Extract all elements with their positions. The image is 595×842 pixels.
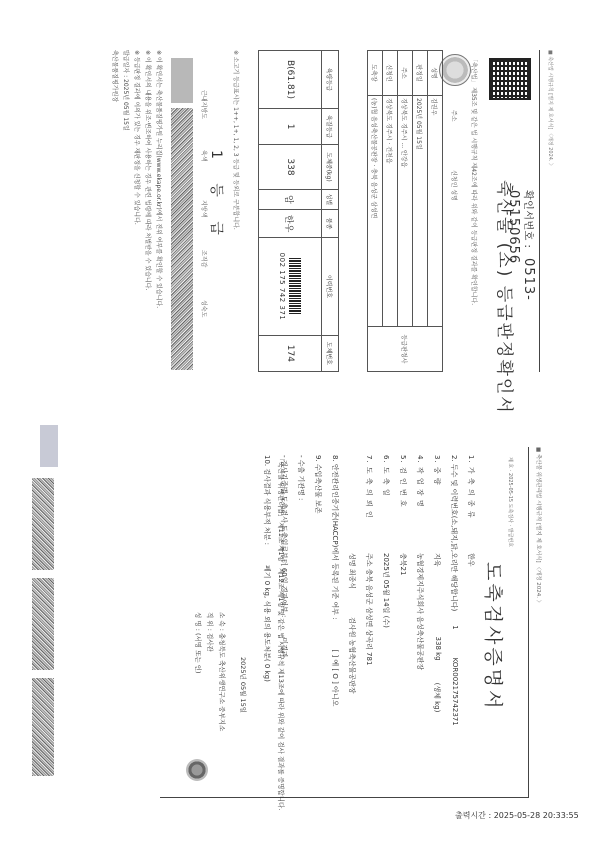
grade-sub-1: 육색 (200, 150, 209, 162)
info-label: 성명 (428, 51, 443, 96)
quality-grade: 1 (259, 108, 322, 144)
issue-date: 발급일자 : 2025년 05월 15일 (120, 50, 131, 308)
field-row: 성명 최종식 검사원 농협축산물공판장 (340, 455, 357, 726)
info-label: 신청인 (383, 51, 398, 96)
applicant-name-label: 신청인 성명 (450, 170, 459, 201)
info-label: 도축장 (368, 51, 383, 96)
col-header: 육질등급 (322, 108, 339, 144)
field-value: 성명 최종식 (340, 553, 357, 589)
official-seal-icon (186, 759, 208, 781)
field-key: 10. 검사결과 식용부적 처분 : (255, 455, 272, 545)
sex: 암 (259, 189, 322, 209)
col-header: 육량등급 (322, 51, 339, 109)
print-time-label: 출력시간 : (455, 811, 491, 820)
logo-mark-icon (40, 425, 58, 467)
field-value: 1 (442, 625, 459, 629)
col-header: 도체번호 (322, 335, 339, 371)
slaughter-title: 도축검사증명서 (481, 562, 508, 711)
security-pattern (171, 108, 193, 370)
grade-frame: 확인서번호 : 0513-05150656 축산물 (소) 등급판정확인서 「축… (109, 50, 540, 372)
field-value: 주소 충북 음성군 삼성면 상곡리 781 (357, 553, 374, 665)
field-key: 5. 검 인 번 호 (391, 455, 408, 547)
field-row: 1. 가 축 의 종 류 한우 (459, 455, 476, 726)
field-key: 2. 두수 및 이력번호(소,돼지,닭,오리만 해당합니다) (442, 455, 459, 611)
field-key (340, 455, 357, 547)
grade-sub-0: 근내지방도 (200, 90, 209, 119)
field-value: 지육 (425, 553, 442, 567)
field-key: 1. 가 축 의 종 류 (459, 455, 476, 547)
grade-description: 「축산법」 제35조 및 같은 법 시행규칙 제42조에 따라 위와 같이 등급… (470, 56, 479, 305)
field-row: - 수출 기관명 : (289, 455, 306, 726)
slaughter-frame: 제 호 · 2025-05-15 도축검사 · 발급번호 도축검사증명서 1. … (160, 447, 529, 798)
field-key: 3. 중 량 (425, 455, 442, 547)
yield-grade: B(61.81) (259, 51, 322, 109)
field-value: 검사원 농협축산물공판장 (340, 617, 357, 694)
qr-code-icon (489, 58, 531, 100)
grade-mark-image (171, 58, 193, 103)
slaughter-certificate: ■ 축산물 위생관리법 시행규칙 [별지 제 호서식] 〈개정 2024. 〉 … (32, 447, 537, 807)
applicant-address-label: 주소 (450, 110, 459, 122)
table-row: B(61.81) 1 338 암 한우 002 175 742 371 174 (259, 51, 322, 372)
slaughter-sub-note: 제 호 · 2025-05-15 도축검사 · 발급번호 (507, 457, 514, 547)
issuer: 축산물품질평가원장 (109, 50, 120, 308)
inspector-signature-block: 소 속 : 충청북도 축산위생연구소 중부지소 직 위 : 검사관 성 명 : … (192, 612, 228, 731)
trace-number: KOR002175742371 (442, 658, 459, 726)
print-time: 출력시간 : 2025-05-28 20:33:55 (455, 810, 579, 821)
footnote: ※ 등급판정 결과에 이의가 있는 경우 재판정을 신청할 수 있습니다. (131, 50, 142, 308)
print-time-value: 2025-05-28 20:33:55 (494, 811, 579, 820)
grade-info-table: 성명 김권우 등급판정사 판정일 2025년 05월 15일 주소 경상북도 경… (367, 50, 443, 372)
live-weight: (생체 kg) (425, 683, 442, 713)
field-row: 3. 중 량 지육 338 kg (생체 kg) (425, 455, 442, 726)
barcode-icon (290, 258, 302, 314)
table-note: ※ 소고기 등급표시는 1++, 1+, 1, 2, 3 등급 및 등외로 구분… (232, 50, 241, 230)
slaughter-header-note: ■ 축산물 위생관리법 시행규칙 [별지 제 호서식] 〈개정 2024. 〉 (535, 447, 543, 605)
info-value: 김권우 (428, 96, 443, 327)
name-value: (서명 또는 인) (194, 633, 202, 674)
field-row: 5. 검 인 번 호 충북21 (391, 455, 408, 726)
footnote: ※ 이 확인서는 축산물품질평가원 누리집(www.ekape.or.kr)에서… (153, 50, 164, 308)
grade-sub-3: 조직감 (200, 250, 209, 267)
security-pattern (32, 478, 54, 570)
field-key: 7. 도 축 의 뢰 인 (357, 455, 374, 547)
info-value: 2025년 05월 15일 (413, 96, 428, 327)
col-header: 성별 (322, 189, 339, 209)
field-value: 폐기 0 kg, 식용 외의 용도처분( 0 kg) (255, 565, 272, 682)
footnote: ※ 이 확인서의 내용을 위조·변조하여 사용하는 경우 관련 법령에 따라 처… (142, 50, 153, 308)
title-value: 검사관 (206, 633, 214, 652)
grade-result-table: 육량등급 육질등급 도체중(kg) 성별 품종 이력번호 도체번호 B(61.8… (258, 50, 339, 372)
carcass-weight: 338 (259, 145, 322, 190)
field-key: 4. 작 업 장 명 (408, 455, 425, 547)
grade-sub-4: 성숙도 (200, 300, 209, 317)
info-value: 경상북도 경주시 · 건천읍 (383, 96, 398, 327)
field-value: [ ] 예 [ O ] 아니오 (323, 650, 340, 707)
field-key: 6. 도 축 일 (374, 455, 391, 547)
field-row: 10. 검사결과 식용부적 처분 : 폐기 0 kg, 식용 외의 용도처분( … (255, 455, 272, 726)
info-label: 주소 (398, 51, 413, 96)
info-value: 경상북도 경주시 ... 안강읍 (398, 96, 413, 327)
field-key: 8. 안전관리인증기준(HACCP)에서 등록된 기준 여부 : (323, 455, 340, 620)
grade-certificate: ■ 축산법 시행규칙 [별지 제 호서식] 〈개정 2024. 〉 확인서번호 … (103, 50, 548, 380)
field-row: 4. 작 업 장 명 농협경제지주식회사 음성축산물공판장 (408, 455, 425, 726)
grade-title: 축산물 (소) 등급판정확인서 (494, 180, 519, 415)
trace-number: 002 175 742 371 (279, 239, 287, 334)
info-label: 판정일 (413, 51, 428, 96)
field-row: 2. 두수 및 이력번호(소,돼지,닭,오리만 해당합니다) 1 KOR0021… (442, 455, 459, 726)
field-value: 충북21 (391, 553, 408, 575)
col-header: 이력번호 (322, 238, 339, 336)
field-row: 6. 도 축 일 2025년 05월 14일 (수) (374, 455, 391, 726)
col-header: 도체중(kg) (322, 145, 339, 190)
trace-number-cell: 002 175 742 371 (259, 238, 322, 336)
field-value: 농협경제지주식회사 음성축산물공판장 (408, 553, 425, 670)
weight: 338 kg (425, 637, 442, 661)
field-key: 9. 수입축산물 보존 (306, 455, 323, 513)
field-value: 2025년 05월 14일 (수) (374, 553, 391, 628)
title-label: 직 위 : (206, 612, 214, 631)
field-row: 9. 수입축산물 보존 (306, 455, 323, 726)
field-row: 7. 도 축 의 뢰 인 주소 충북 음성군 삼성면 상곡리 781 (357, 455, 374, 726)
grade-scale: 1 등 급 (207, 150, 227, 245)
security-pattern (32, 578, 54, 670)
info-value: (농)협 음성축산물공판장 · 충북 음성군 삼성면 (368, 96, 383, 327)
field-value: 한우 (459, 553, 476, 567)
footnotes: ※ 이 확인서는 축산물품질평가원 누리집(www.ekape.or.kr)에서… (109, 50, 164, 308)
carcass-number: 174 (259, 335, 322, 371)
certification-statement: 「축산물 위생관리법」 제11조 제1항 · 제12조 제1항 및 같은 법 시… (275, 455, 286, 810)
org-label: 소 속 : (218, 612, 226, 631)
grade-header-note: ■ 축산법 시행규칙 [별지 제 호서식] 〈개정 2024. 〉 (547, 50, 554, 168)
org-value: 충청북도 축산위생연구소 중부지소 (218, 633, 226, 731)
judge-label: 등급판정사 (368, 327, 443, 372)
issue-date: 2025년 05월 15일 (239, 657, 248, 713)
slaughter-fields: 1. 가 축 의 종 류 한우 2. 두수 및 이력번호(소,돼지,닭,오리만 … (255, 455, 476, 726)
name-label: 성 명 : (194, 612, 202, 631)
col-header: 품종 (322, 210, 339, 238)
field-row: 8. 안전관리인증기준(HACCP)에서 등록된 기준 여부 : [ ] 예 [… (323, 455, 340, 726)
breed: 한우 (259, 210, 322, 238)
security-pattern (32, 678, 54, 776)
grade-sub-2: 지방색 (200, 200, 209, 217)
field-key: - 수출 기관명 : (289, 455, 306, 500)
cert-number-label: 확인서번호 : (522, 190, 533, 248)
official-stamp-icon (439, 54, 471, 86)
